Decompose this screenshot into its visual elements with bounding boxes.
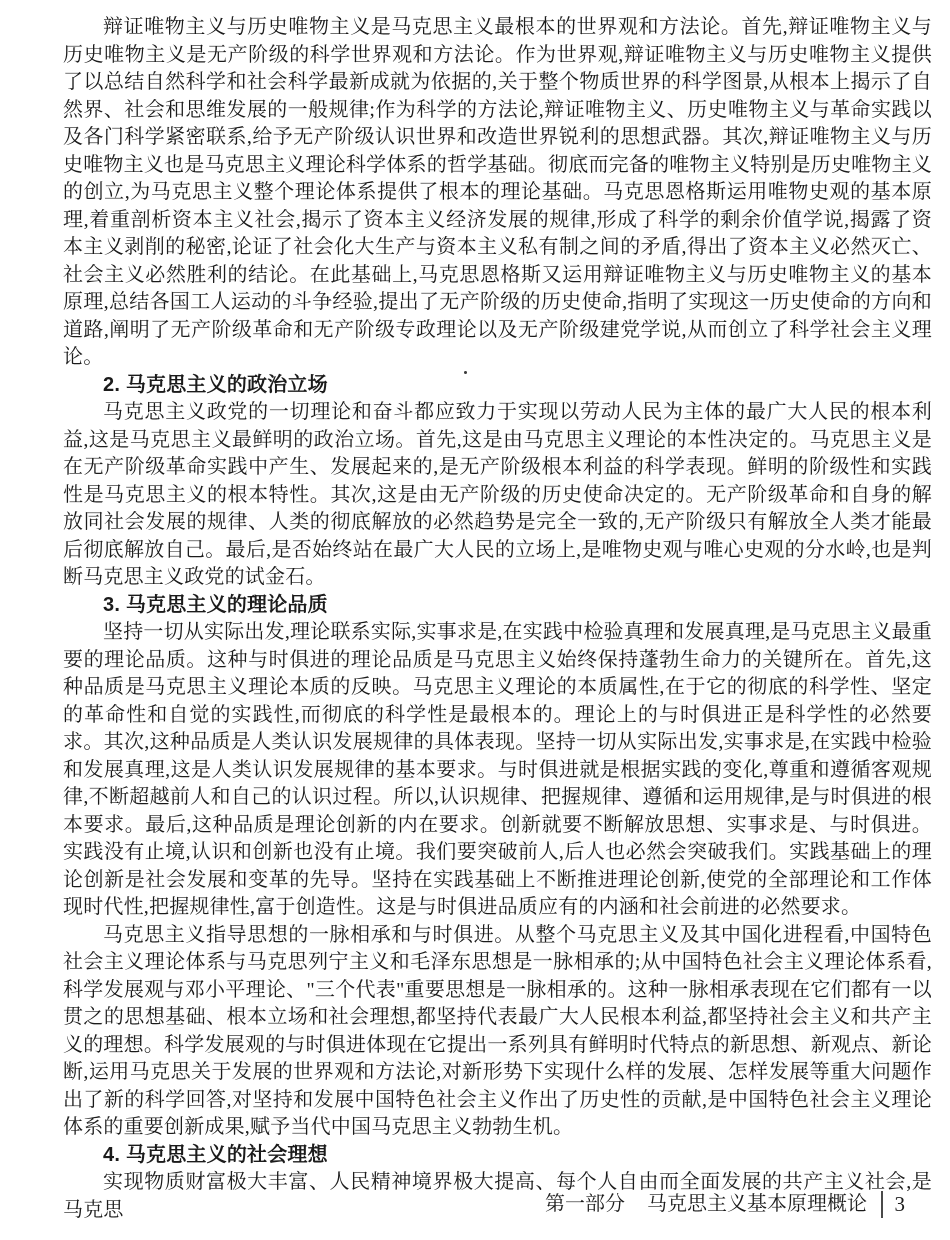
section-heading-theoretical-quality: 3. 马克思主义的理论品质: [63, 592, 932, 620]
paragraph-theoretical-quality: 坚持一切从实际出发,理论联系实际,实事求是,在实践中检验真理和发展真理,是马克思…: [63, 619, 932, 922]
scan-artifact-dot: [258, 600, 261, 603]
page-footer: 第一部分 马克思主义基本原理概论 3: [545, 1191, 905, 1218]
paragraph-political-stance: 马克思主义政党的一切理论和奋斗都应致力于实现以劳动人民为主体的最广大人民的根本利…: [63, 399, 932, 592]
footer-divider: [881, 1191, 883, 1218]
section-heading-political-stance: 2. 马克思主义的政治立场: [63, 372, 932, 400]
page-number: 3: [895, 1191, 906, 1218]
scan-artifact-dot: [464, 371, 467, 374]
section-heading-social-ideal: 4. 马克思主义的社会理想: [63, 1142, 932, 1170]
book-page: 辩证唯物主义与历史唯物主义是马克思主义最根本的世界观和方法论。首先,辩证唯物主义…: [0, 0, 950, 1240]
paragraph-guiding-thought: 马克思主义指导思想的一脉相承和与时俱进。从整个马克思主义及其中国化进程看,中国特…: [63, 922, 932, 1142]
footer-section-label: 第一部分: [545, 1191, 625, 1218]
footer-book-title: 马克思主义基本原理概论: [647, 1191, 867, 1218]
page-body-text: 辩证唯物主义与历史唯物主义是马克思主义最根本的世界观和方法论。首先,辩证唯物主义…: [63, 14, 932, 1224]
paragraph-dialectical-materialism: 辩证唯物主义与历史唯物主义是马克思主义最根本的世界观和方法论。首先,辩证唯物主义…: [63, 14, 932, 372]
